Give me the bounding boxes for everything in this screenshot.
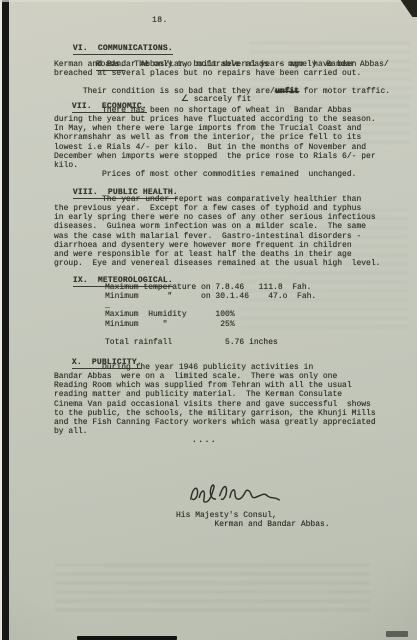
typed-page-content: 18. VI. COMMUNICATIONS. Roads. The only … [0, 0, 417, 640]
publicity-paragraph: During the year 1946 publicity activitie… [54, 363, 376, 436]
public-health-paragraph: The year under report was comparatively … [54, 195, 380, 268]
insertion-text: scarcely fit [189, 95, 251, 104]
scan-edge-top-highlight [0, 0, 417, 2]
page-number: 18. [152, 16, 168, 25]
signoff-block: His Majesty's Consul, Kerman and Bandar … [176, 511, 330, 529]
insertion-caret: ∠ [181, 94, 189, 104]
struck-word: unfit [275, 87, 299, 96]
scan-bottom-right-smudge [386, 631, 408, 637]
communications-paragraph: Kerman and Bandar Abbas/Lar, built sever… [54, 60, 361, 78]
separator-dots: .... [192, 436, 217, 445]
scan-bottom-black-bar [77, 636, 177, 640]
scanned-document-page: 18. VI. COMMUNICATIONS. Roads. The only … [0, 0, 417, 640]
handwritten-signature [183, 477, 287, 511]
meteorological-table: Maximum temperature on 7.8.46 111.8 Fah.… [105, 283, 316, 347]
condition-text-post: for motor traffic. [299, 87, 390, 96]
economic-paragraph: There has been no shortage of wheat in B… [54, 106, 376, 179]
scan-edge-left-black [2, 0, 9, 640]
